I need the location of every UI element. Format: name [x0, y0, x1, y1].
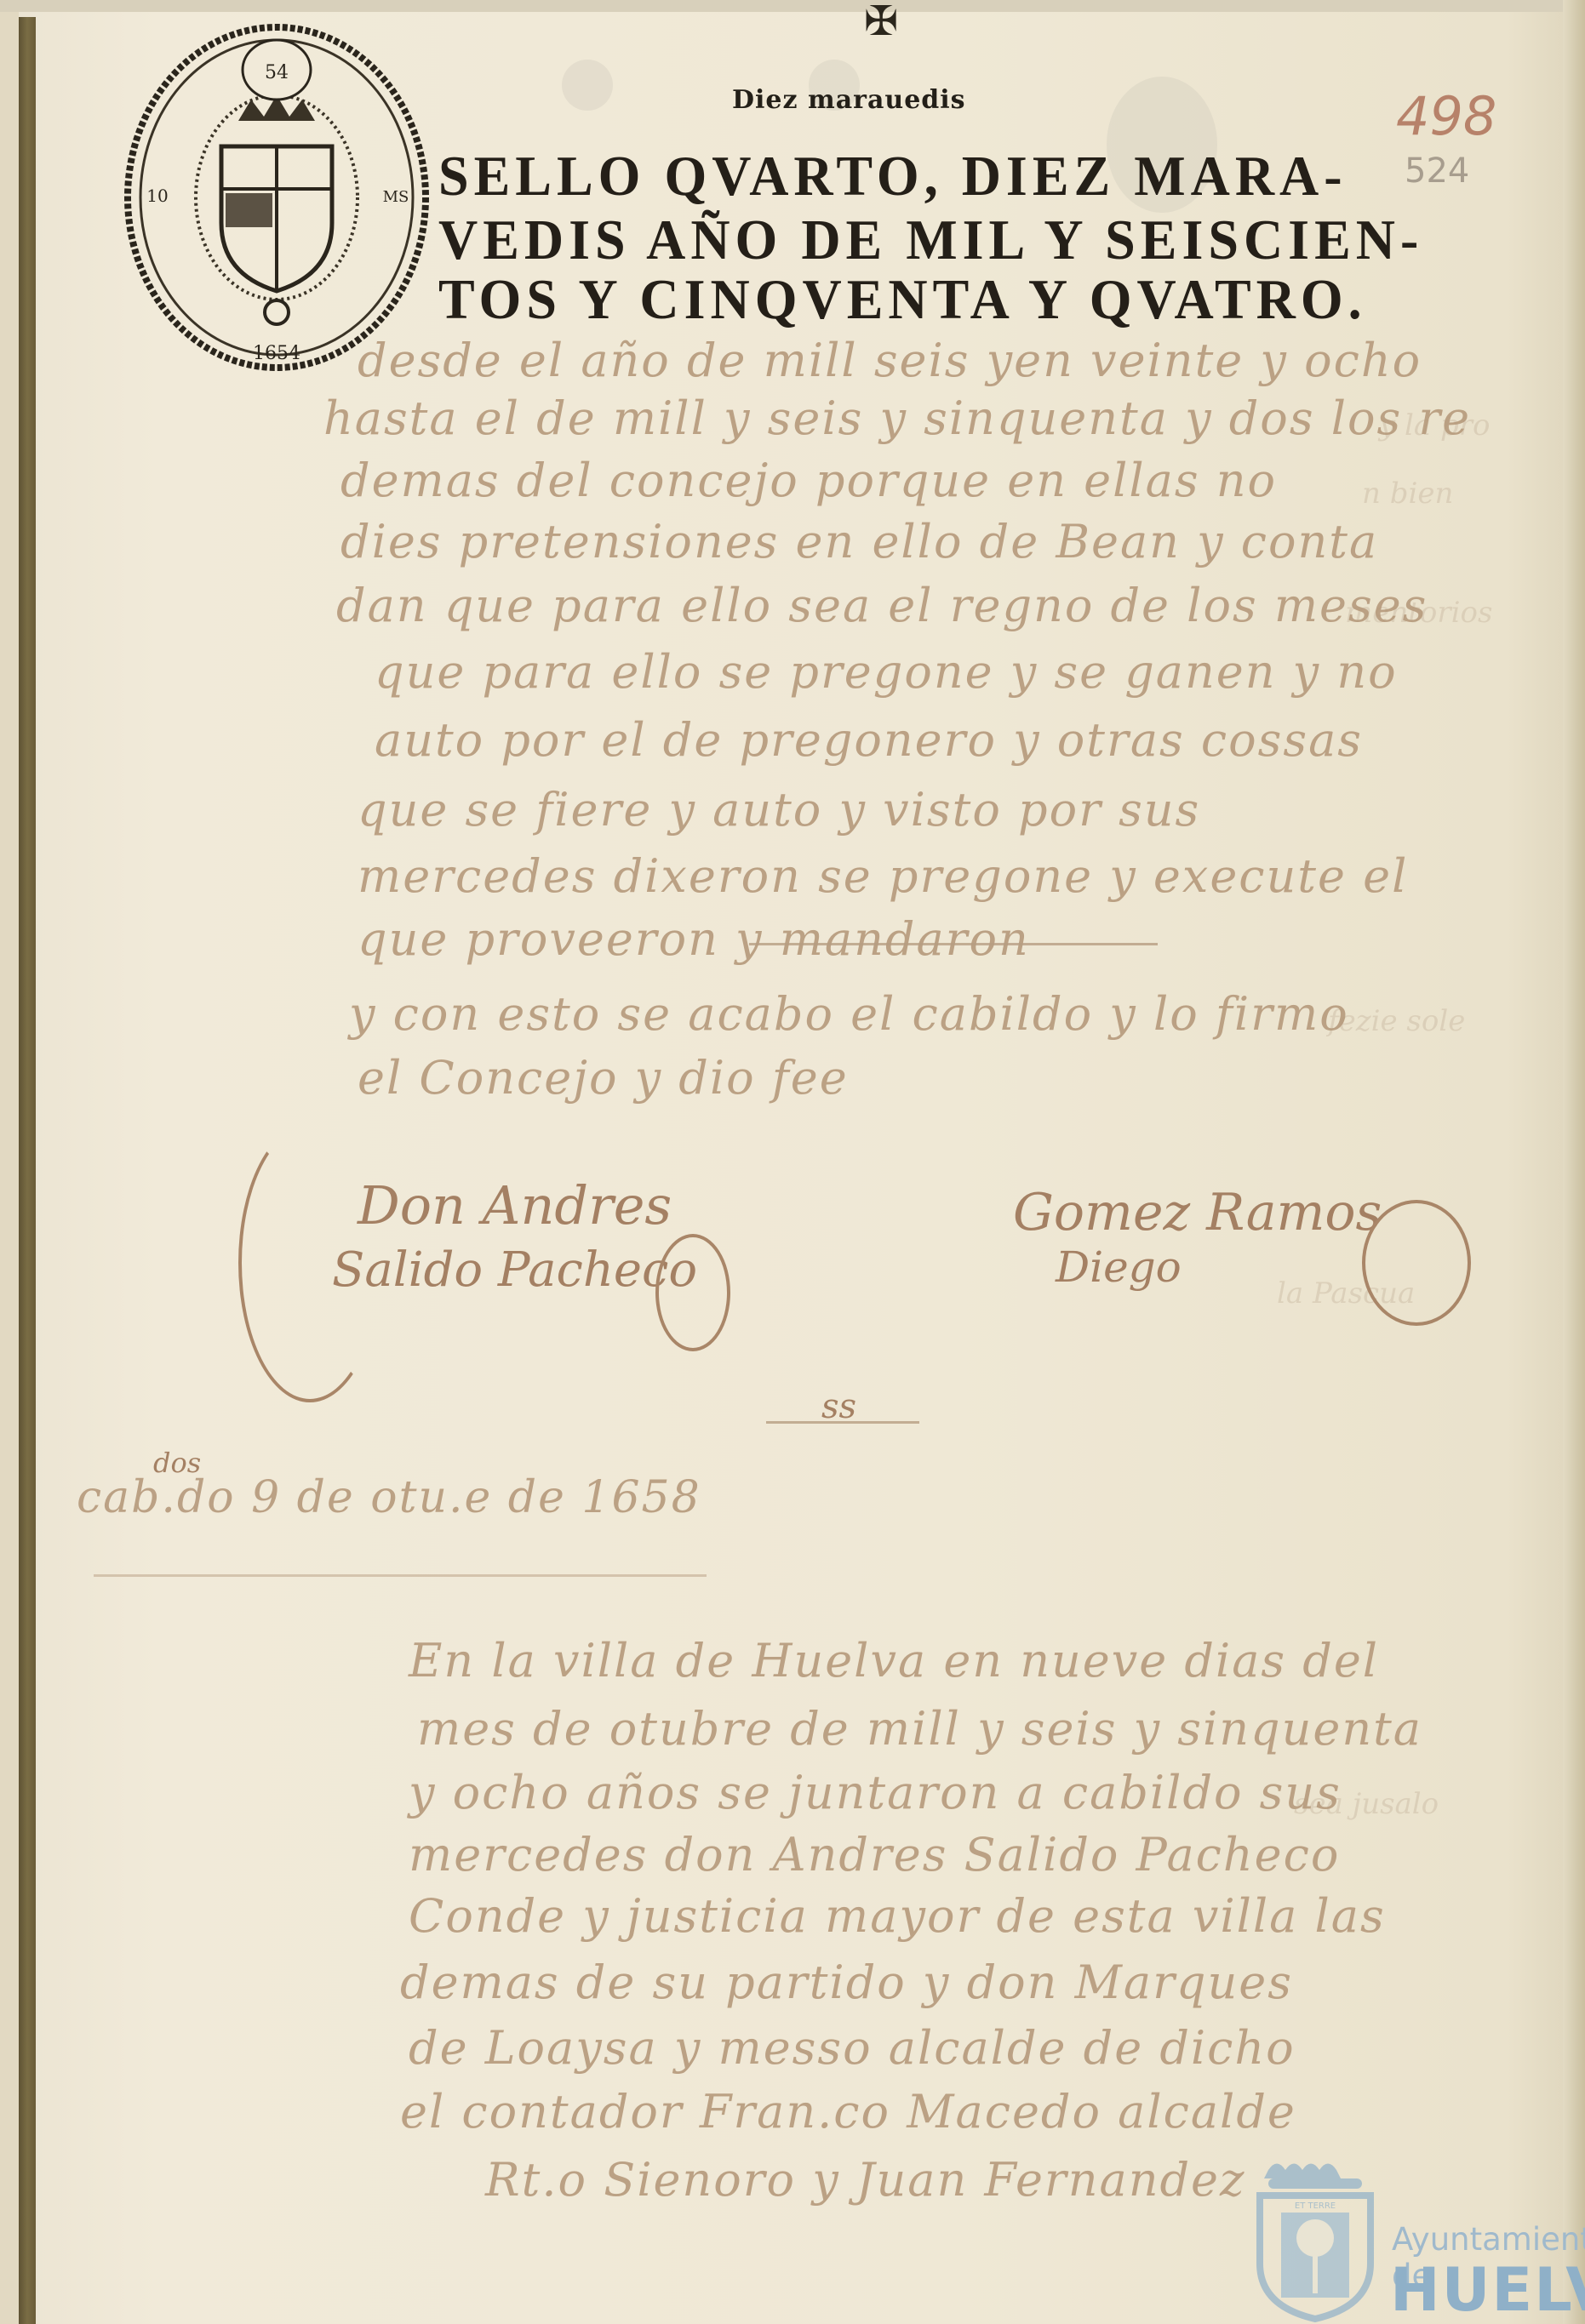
- printed-header-line-2: VEDIS AÑO DE MIL Y SEISCIEN-: [438, 207, 1423, 273]
- royal-seal-icon: 54 10 MS 1654: [119, 19, 434, 376]
- watermark-line-2: HUELVA: [1390, 2255, 1585, 2324]
- stamp-value-label: Diez marauedis: [732, 85, 966, 115]
- previous-page-edge: [0, 0, 19, 2324]
- body-line: auto por el de pregonero y otras cossas: [375, 713, 1363, 767]
- signature-right-line-1: Gomez Ramos: [1013, 1183, 1382, 1242]
- entry-line: y ocho años se juntaron a cabildo sus: [409, 1766, 1342, 1819]
- body-line: desde el año de mill seis yen veinte y o…: [358, 334, 1422, 387]
- seal-top-number: 54: [265, 62, 289, 83]
- entry-line: demas de su partido y don Marques: [400, 1956, 1293, 2009]
- signature-rubric: [1362, 1200, 1471, 1326]
- page-right-edge: [1563, 0, 1585, 2324]
- svg-text:10: 10: [146, 186, 168, 206]
- body-line: dies pretensiones en ello de Bean y cont…: [340, 515, 1378, 568]
- svg-text:ET TERRE: ET TERRE: [1295, 2201, 1336, 2211]
- body-line: que para ello se pregone y se ganen y no: [375, 645, 1398, 699]
- divider-mark: ss: [821, 1387, 856, 1426]
- entry-line: el contador Fran.co Macedo alcalde: [400, 2085, 1296, 2138]
- signature-rubric: [655, 1234, 730, 1351]
- body-line: hasta el de mill y seis y sinquenta y do…: [323, 391, 1471, 445]
- folio-number-ink: 498: [1396, 85, 1496, 147]
- body-line: que proveeron y mandaron: [358, 912, 1030, 966]
- huelva-watermark: ET TERRE Ayuntamiento de HUELVA: [1234, 2153, 1583, 2323]
- cross-icon: ✠: [864, 0, 898, 51]
- huelva-coat-of-arms-icon: ET TERRE: [1234, 2153, 1388, 2323]
- svg-text:1654: 1654: [253, 343, 300, 364]
- svg-text:MS: MS: [383, 188, 409, 206]
- entry-line: En la villa de Huelva en nueve dias del: [409, 1634, 1379, 1687]
- binding-edge: [19, 17, 36, 2324]
- entry-line: Rt.o Sienoro y Juan Fernandez: [485, 2153, 1245, 2207]
- entry-line: Conde y justicia mayor de esta villa las: [409, 1889, 1386, 1943]
- entry-line: mercedes don Andres Salido Pacheco: [409, 1828, 1340, 1881]
- signature-right-line-2: Diego: [1056, 1242, 1182, 1292]
- body-line: que se fiere y auto y visto por sus: [358, 783, 1200, 837]
- body-line: el Concejo y dio fee: [358, 1051, 849, 1105]
- page-top-edge: [0, 0, 1585, 12]
- signature-left-line-2: Salido Pacheco: [332, 1242, 697, 1298]
- folio-number-pencil: 524: [1405, 151, 1469, 191]
- entry-line: mes de otubre de mill y seis y sinquenta: [417, 1702, 1422, 1756]
- body-line: mercedes dixeron se pregone y execute el: [358, 849, 1408, 903]
- body-line: dan que para ello sea el regno de los me…: [336, 579, 1428, 632]
- bleed-through-mark: [562, 60, 613, 111]
- body-line: y con esto se acabo el cabildo y lo firm…: [349, 987, 1349, 1041]
- entry-line: de Loaysa y messo alcalde de dicho: [409, 2021, 1296, 2075]
- bleed-through-text: n bien: [1362, 477, 1453, 511]
- margin-rule: [94, 1574, 707, 1577]
- date-note: cab.do 9 de otu.e de 1658: [77, 1472, 701, 1523]
- line-filler-stroke: [749, 943, 1158, 945]
- printed-header-line-3: TOS Y CINQVENTA Y QVATRO.: [438, 266, 1367, 333]
- signature-left-line-1: Don Andres: [358, 1174, 672, 1236]
- body-line: demas del concejo porque en ellas no: [340, 454, 1277, 507]
- printed-header-line-1: SELLO QVARTO, DIEZ MARA-: [438, 143, 1348, 209]
